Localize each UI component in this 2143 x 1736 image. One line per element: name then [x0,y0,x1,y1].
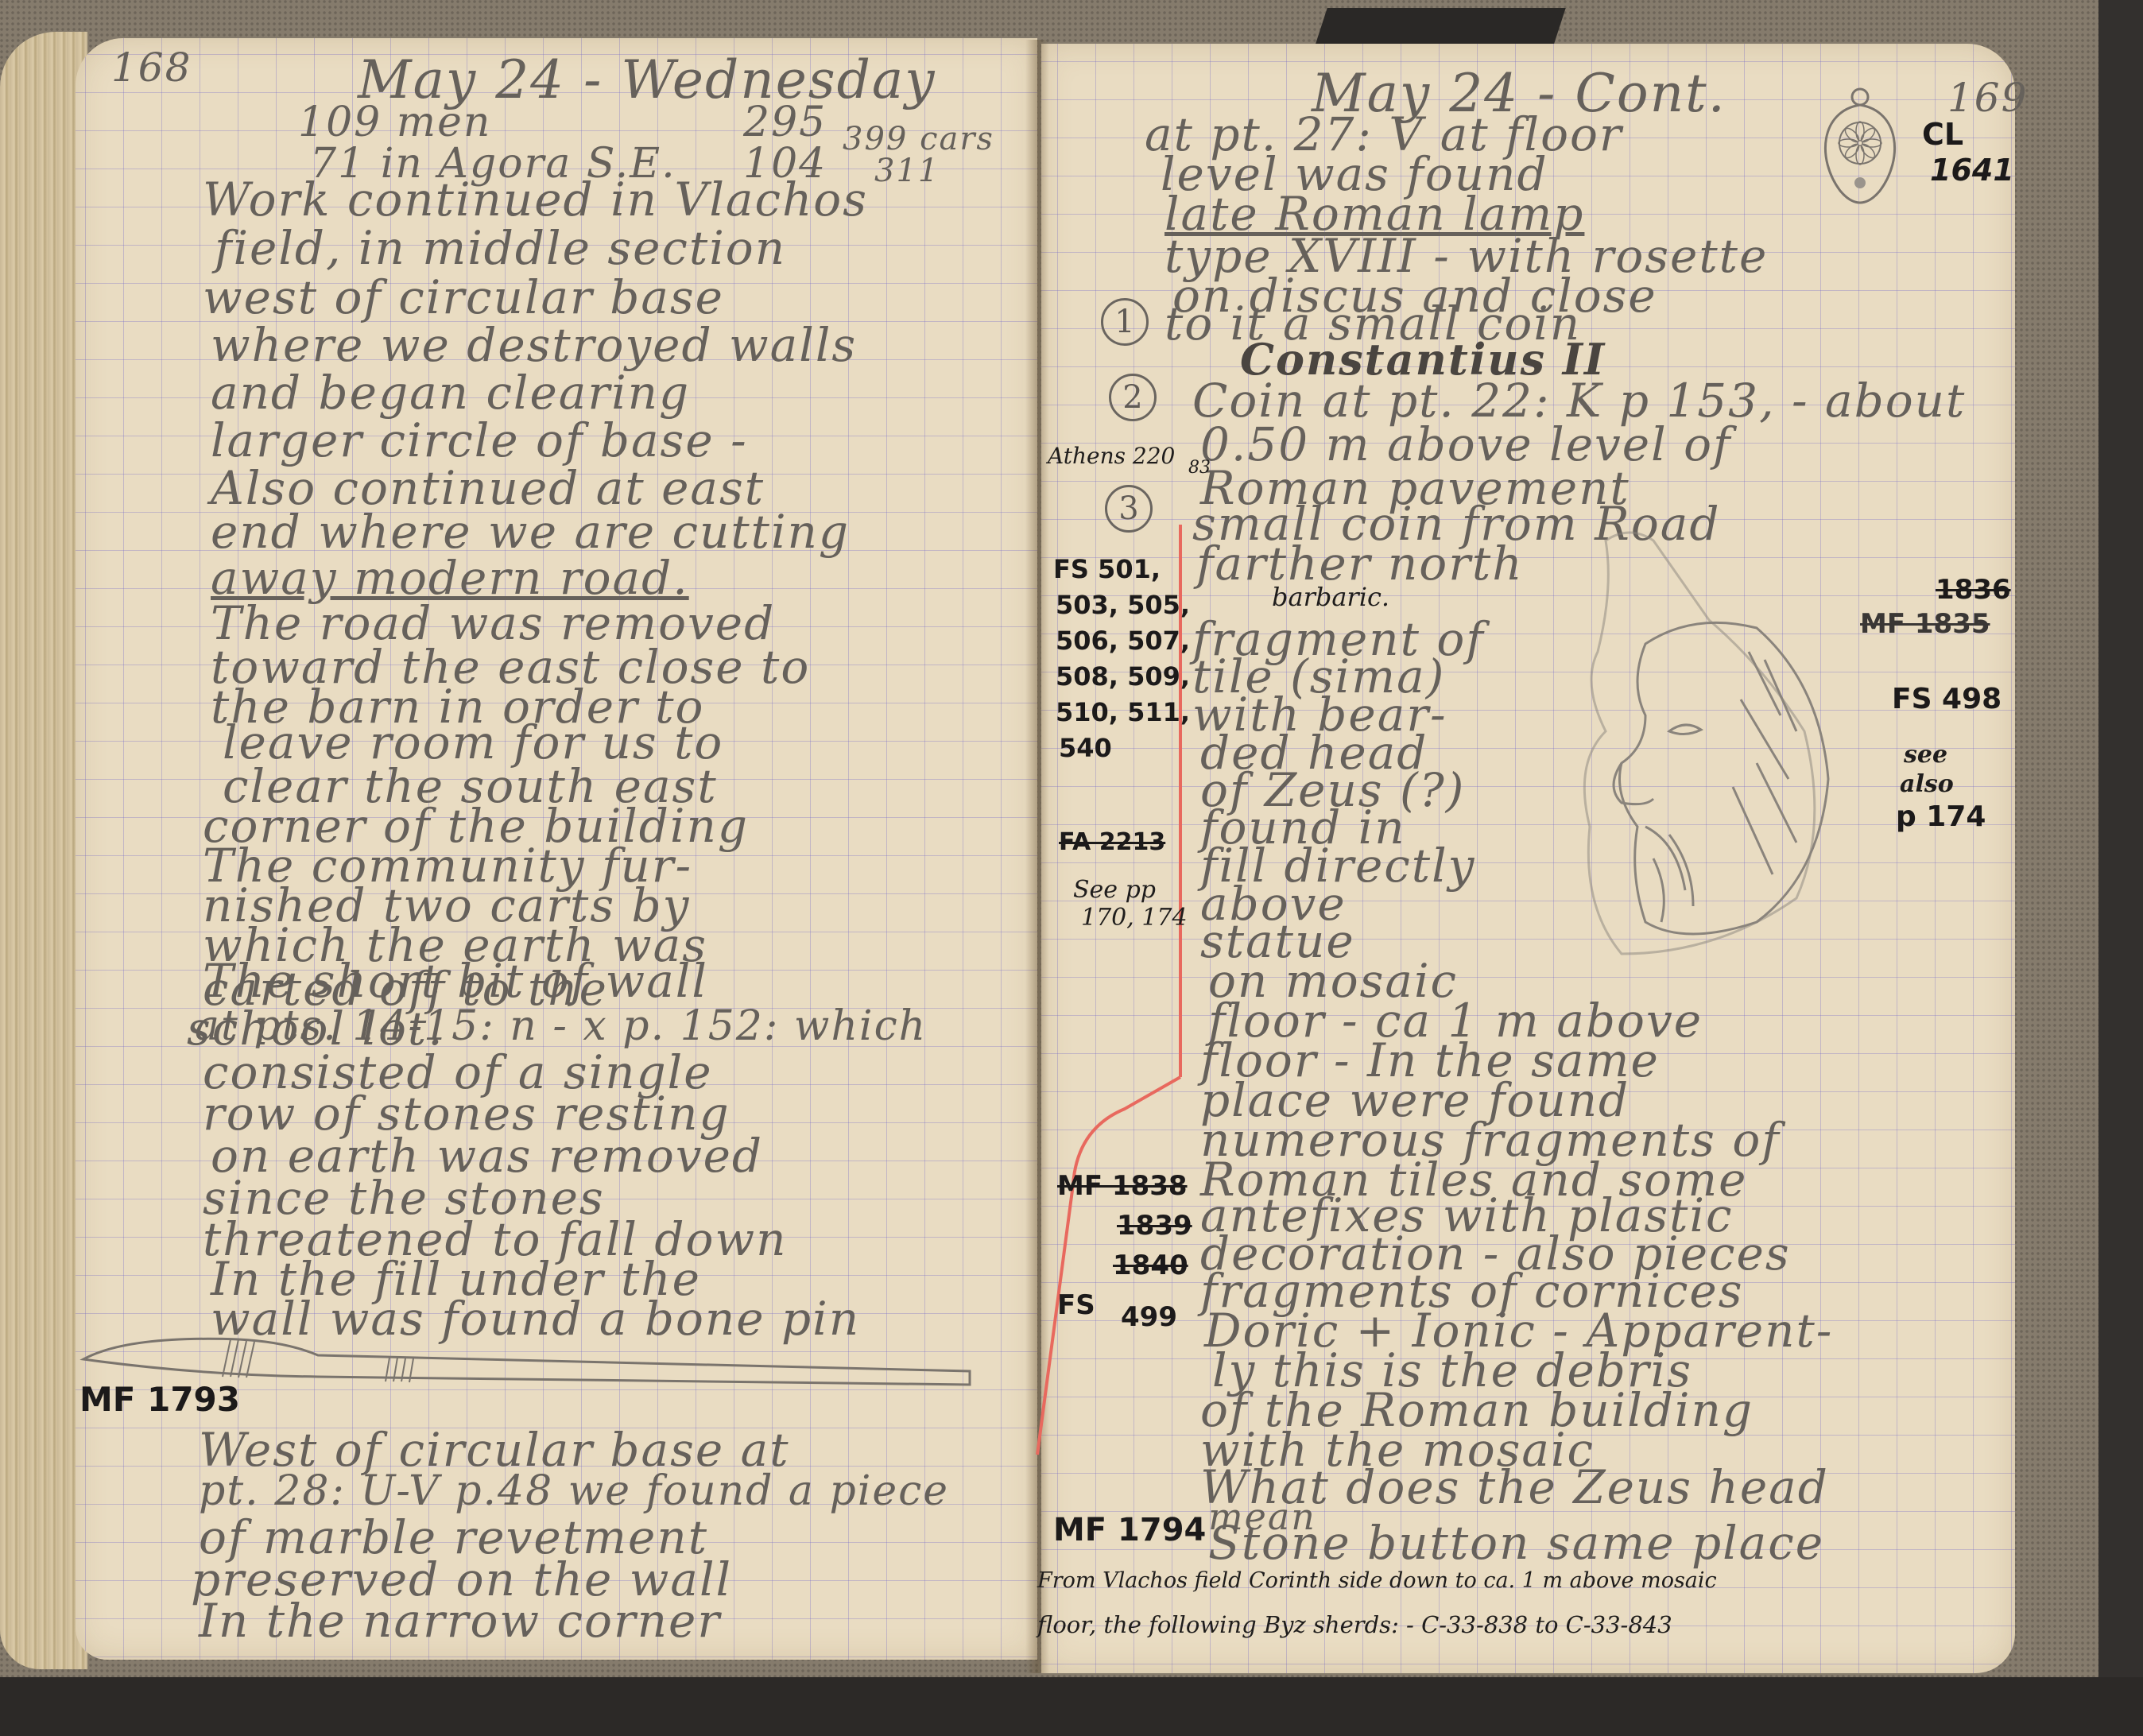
zeus-head-sketch [1558,525,1892,970]
text-line: larger circle of base - [211,417,748,463]
item-marker-1: 1 [1101,298,1149,346]
text-line: The short bit of wall [203,958,708,1004]
left-page-number: 168 [111,48,192,87]
mf-1838: MF 1838 [1057,1172,1188,1199]
fs-498: FS 498 [1892,685,2002,714]
barbaric-note: barbaric. [1272,584,1389,610]
fs-line: 510, 511, [1056,699,1190,725]
fs-line: 506, 507, [1056,628,1190,653]
workers-men: 109 men [298,102,491,143]
fs-line: 540 [1059,735,1112,761]
background-bottom [0,1677,2143,1736]
workers-men-count: 295 [743,102,827,143]
fs-499-number: 499 [1121,1304,1177,1331]
background-dark-strip [2098,0,2143,1736]
text-line: end where we are cutting [211,509,850,555]
lamp-inventory-number: 1641 [1930,155,2014,185]
text-line: field, in middle section [215,225,786,271]
workers-cars-total: 399 cars [843,123,994,155]
footer-note-line-1: From Vlachos field Corinth side down to … [1037,1570,1717,1591]
item-3-line-2: farther north [1196,541,1524,587]
mf-1839: 1839 [1117,1212,1192,1239]
struck-fa-number: FA 2213 [1059,831,1165,854]
text-line: where we destroyed walls [211,322,857,368]
see-also-page: p 174 [1896,803,1986,831]
see-pages: See pp [1073,878,1156,902]
text-line: Work continued in Vlachos [203,176,868,223]
inventory-mf-1793: MF 1793 [79,1383,240,1416]
item-marker-3: 3 [1105,485,1153,533]
page-edges [0,32,87,1669]
stone-button-line: Stone button same place [1208,1520,1824,1566]
mf-1840: 1840 [1113,1252,1188,1279]
footer-note-line-2: floor, the following Byz sherds: - C-33-… [1037,1614,1672,1637]
text-line: west of circular base [203,274,724,320]
mf-1794: MF 1794 [1053,1514,1206,1546]
roman-lamp-sketch [1812,87,1908,215]
athens-reference-sub: 83 [1188,459,1211,477]
text-line: away modern road. [211,555,689,601]
athens-reference: Athens 220 [1048,445,1175,467]
text-line: and began clearing [211,370,690,416]
text-line: In the narrow corner [199,1598,721,1644]
item-marker-2: 2 [1109,374,1157,421]
fs-line: 503, 505, [1056,592,1190,618]
fs-line: 508, 509, [1056,664,1190,689]
workers-cars-alt: 311 [874,155,940,187]
fs-line: FS 501, [1053,556,1161,582]
right-page-number: 169 [1947,78,2028,118]
lamp-inventory-cl: CL [1922,119,1963,149]
struck-mf-1835: MF 1835 [1860,610,1990,637]
see-also-label-1: see [1904,743,1947,767]
text-line: pt. 28: U-V p.48 we found a piece [199,1471,949,1512]
struck-1836: 1836 [1936,576,2011,603]
see-also-label-2: also [1900,773,1954,796]
text-line: West of circular base at [199,1427,790,1473]
see-pages-numbers: 170, 174 [1081,906,1188,930]
text-line: at pts. 14-15: n - x p. 152: which [195,1006,927,1047]
fs-499-label: FS [1057,1292,1095,1319]
